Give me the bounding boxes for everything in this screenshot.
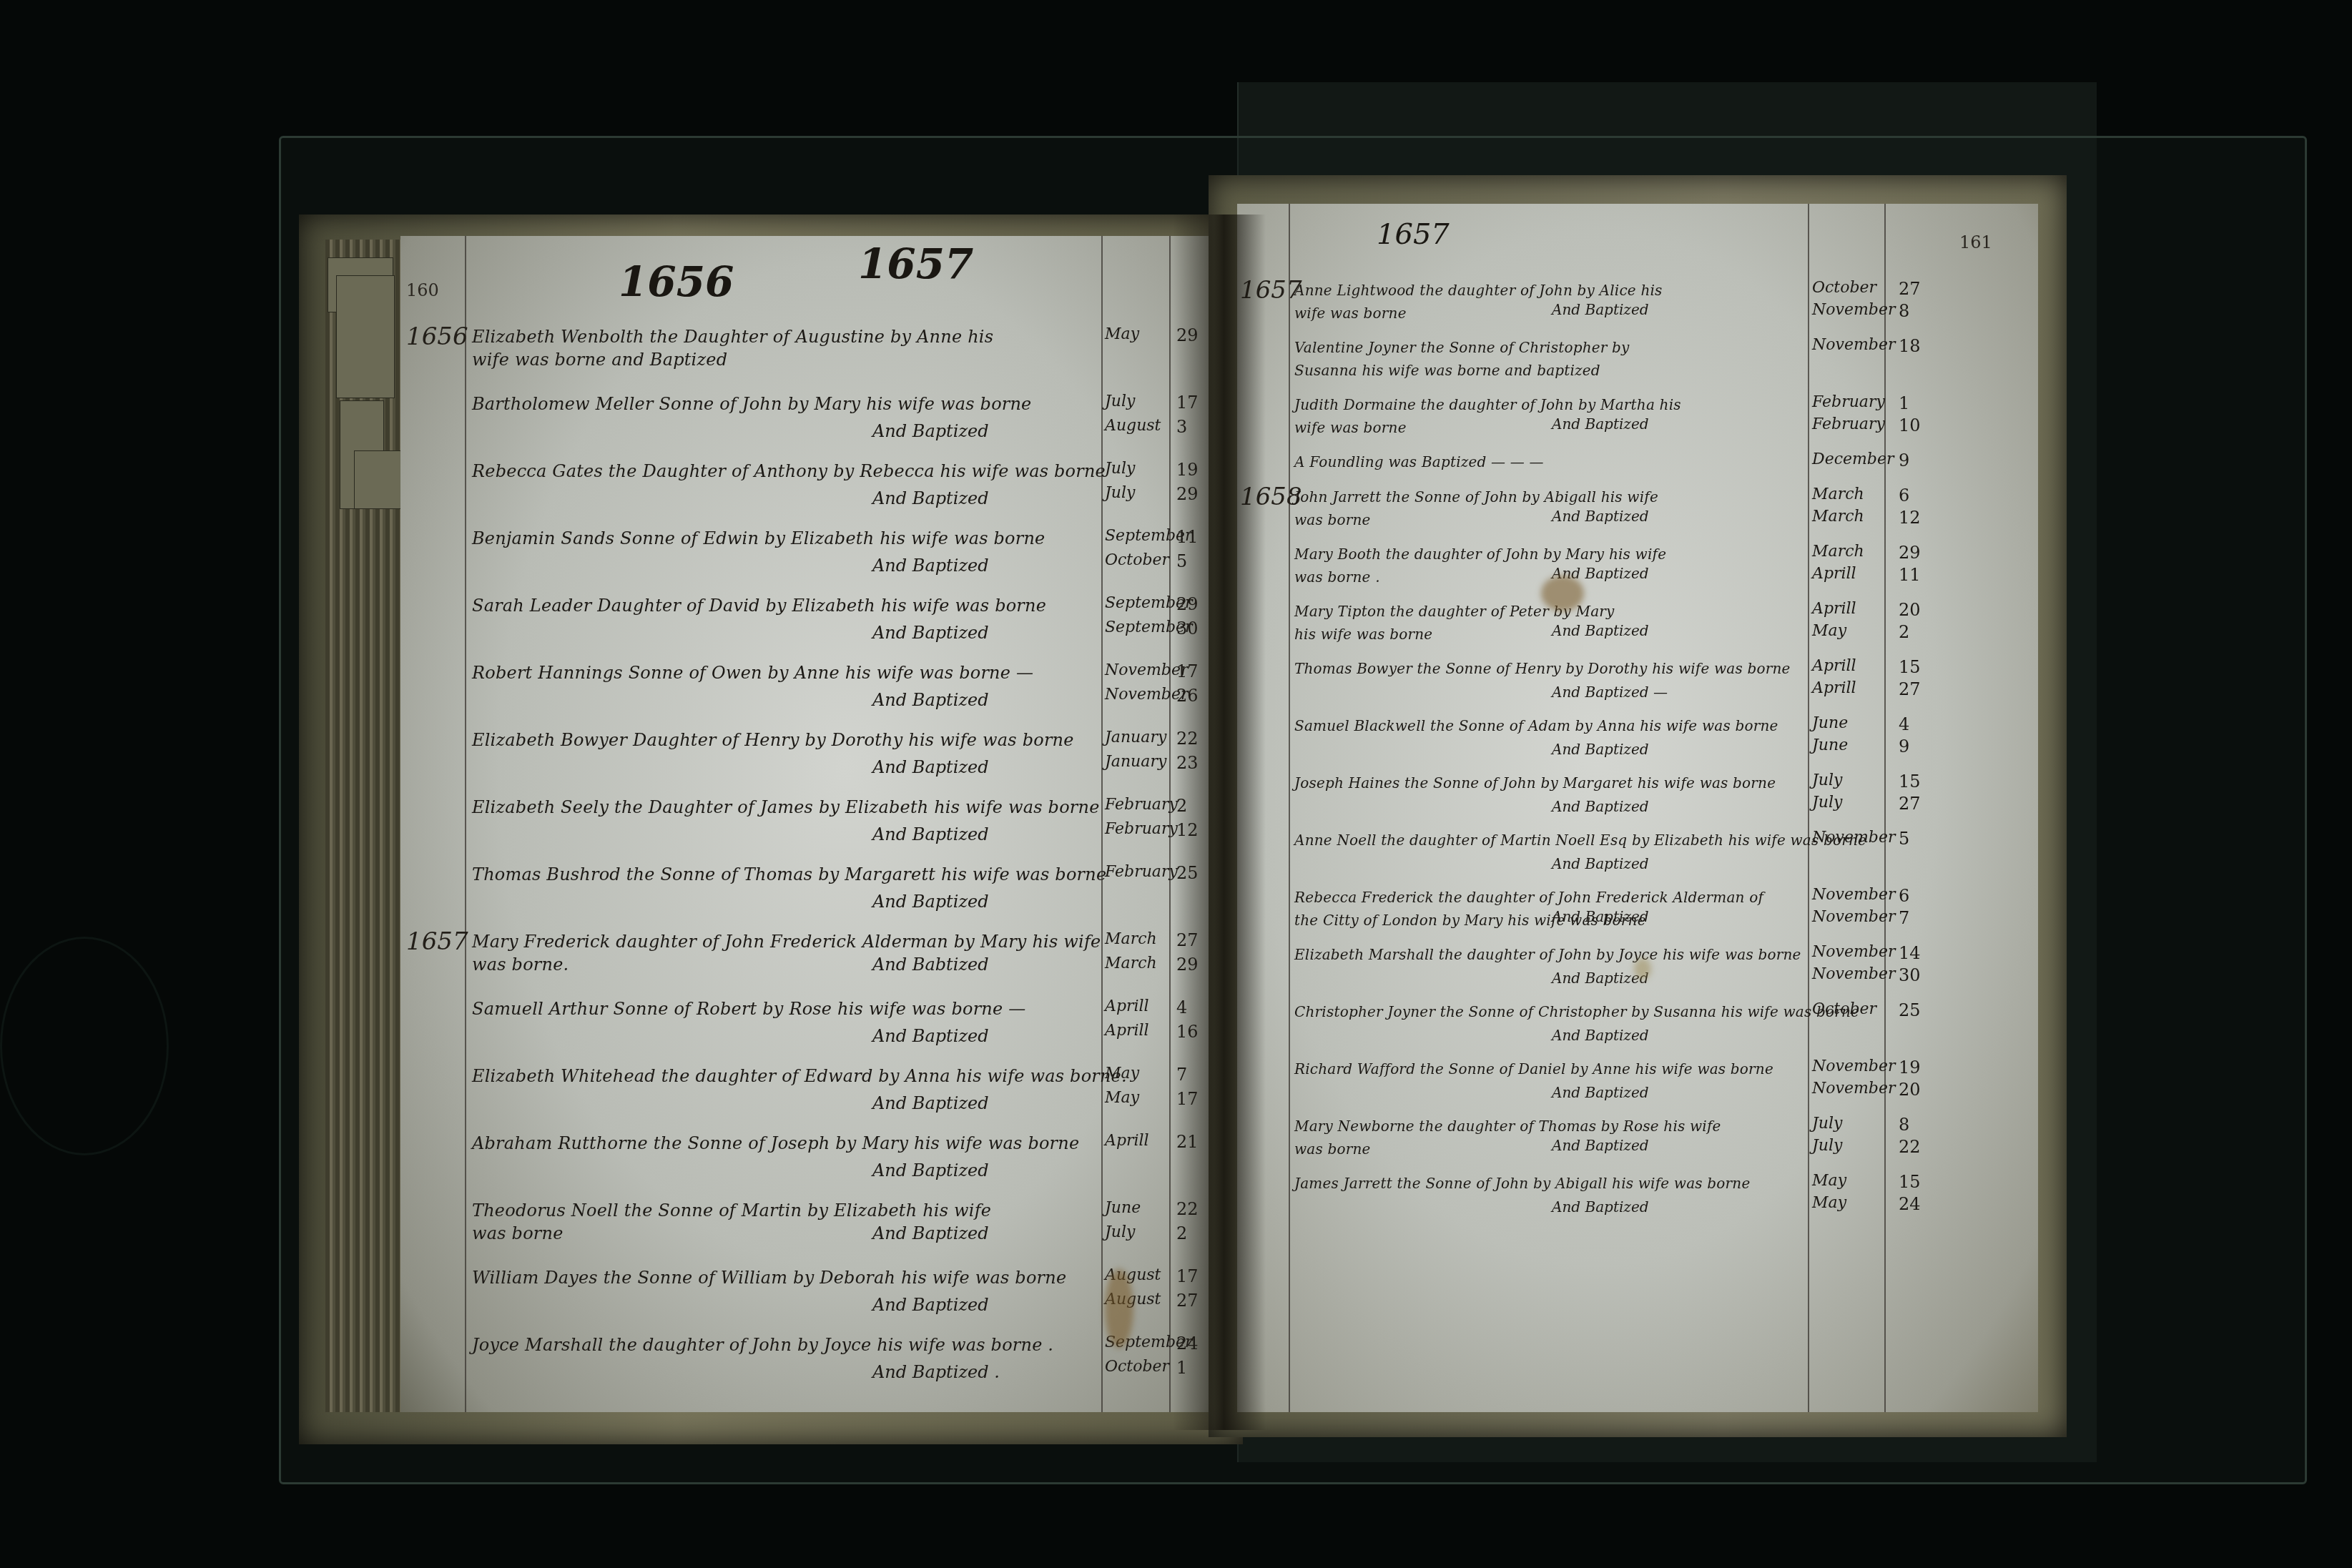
date-month: Aprill [1812, 657, 1856, 675]
date-day: 19 [1899, 1057, 1921, 1078]
date-month: October [1812, 1000, 1876, 1018]
date-day: 29 [1899, 543, 1921, 563]
margin-rule [465, 236, 466, 1412]
date-month: May [1812, 622, 1846, 640]
date-month: November [1812, 965, 1895, 983]
date-month: May [1812, 1172, 1846, 1190]
baptized-note: And Baptized . [872, 1362, 1000, 1382]
left-page: 160 1656 1657 1656Elizabeth Wenbolth the… [400, 236, 1209, 1412]
baptized-note: And Baptized [1552, 1027, 1649, 1044]
date-month: January [1105, 753, 1166, 771]
entry-text: Joseph Haines the Sonne of John by Marga… [1294, 771, 1802, 794]
date-month: July [1105, 1223, 1135, 1241]
entry-text: Thomas Bowyer the Sonne of Henry by Doro… [1294, 657, 1802, 680]
entry-text: Anne Noell the daughter of Martin Noell … [1294, 829, 1802, 852]
register-entry: Judith Dormaine the daughter of John by … [1294, 393, 1802, 439]
day-column-rule [1884, 204, 1886, 1412]
entry-text: William Dayes the Sonne of William by De… [472, 1266, 1094, 1289]
entry-text: Samuell Arthur Sonne of Robert by Rose h… [472, 997, 1094, 1020]
month-column-rule [1101, 236, 1103, 1412]
heading-year: 1656 [619, 257, 734, 306]
entry-text: A Foundling was Baptized — — — [1294, 450, 1802, 473]
date-day: 22 [1899, 1137, 1921, 1157]
baptized-note: And Baptized [872, 1093, 989, 1113]
baptized-note: And Baptized [872, 488, 989, 508]
date-month: November [1812, 829, 1895, 847]
entry-text: was borne [1294, 1138, 1802, 1160]
margin-year: 1656 [406, 322, 468, 351]
baptized-note: And Baptized [872, 421, 989, 441]
date-day: 15 [1899, 771, 1921, 792]
entry-text: Bartholomew Meller Sonne of John by Mary… [472, 393, 1094, 415]
register-entry: Anne Lightwood the daughter of John by A… [1294, 279, 1802, 325]
date-month: July [1812, 1137, 1842, 1155]
heading-year: 1657 [858, 240, 973, 288]
date-month: October [1105, 1358, 1169, 1376]
entry-text: Samuel Blackwell the Sonne of Adam by An… [1294, 714, 1802, 737]
baptized-note: And Baptized [1552, 415, 1649, 433]
register-entry: Mary Frederick daughter of John Frederic… [472, 930, 1094, 976]
register-entry: Valentine Joyner the Sonne of Christophe… [1294, 336, 1802, 382]
register-entry: Theodorus Noell the Sonne of Martin by E… [472, 1199, 1094, 1245]
entry-text: James Jarrett the Sonne of John by Abiga… [1294, 1172, 1802, 1195]
date-day: 27 [1899, 279, 1921, 299]
baptized-note: And Baptized [1552, 622, 1649, 639]
register-entry: James Jarrett the Sonne of John by Abiga… [1294, 1172, 1802, 1195]
entry-text: Rebecca Gates the Daughter of Anthony by… [472, 460, 1094, 483]
date-month: February [1105, 820, 1178, 838]
date-day: 15 [1899, 657, 1921, 677]
baptized-note: And Baptized [872, 824, 989, 844]
entry-text: Joyce Marshall the daughter of John by J… [472, 1333, 1094, 1356]
date-month: March [1812, 543, 1864, 561]
entry-text: Elizabeth Whitehead the daughter of Edwa… [472, 1065, 1094, 1088]
date-day: 6 [1899, 886, 1909, 906]
entry-text: Theodorus Noell the Sonne of Martin by E… [472, 1199, 1094, 1222]
baptized-note: And Baptized [872, 556, 989, 576]
date-month: November [1812, 336, 1895, 354]
register-entry: Anne Noell the daughter of Martin Noell … [1294, 829, 1802, 852]
suction-cup-mark [0, 937, 169, 1155]
register-entry: Elizabeth Whitehead the daughter of Edwa… [472, 1065, 1094, 1088]
date-month: November [1812, 1080, 1895, 1098]
date-month: December [1812, 450, 1894, 468]
date-day: 24 [1899, 1194, 1921, 1214]
date-day: 7 [1899, 908, 1909, 928]
entry-text: wife was borne [1294, 416, 1802, 439]
entry-text: wife was borne [1294, 302, 1802, 325]
date-month: February [1105, 863, 1178, 881]
date-month: November [1812, 908, 1895, 926]
ink-stain [1105, 1269, 1133, 1348]
baptized-note: And Baptized [872, 1223, 989, 1243]
baptized-note: And Baptized [1552, 1084, 1649, 1101]
page-tab [336, 275, 395, 398]
date-month: May [1812, 1194, 1846, 1212]
date-day: 25 [1899, 1000, 1921, 1020]
baptized-note: And Baptized [1552, 1137, 1649, 1154]
date-month: October [1812, 279, 1876, 297]
entry-text: Elizabeth Marshall the daughter of John … [1294, 943, 1802, 966]
date-month: November [1812, 943, 1895, 961]
register-entry: Abraham Rutthorne the Sonne of Joseph by… [472, 1132, 1094, 1155]
date-month: Aprill [1812, 565, 1856, 583]
right-page: 161 1657 1657Anne Lightwood the daughter… [1237, 204, 2038, 1412]
date-day: 4 [1899, 714, 1909, 734]
date-month: February [1812, 393, 1885, 411]
entry-text: Elizabeth Bowyer Daughter of Henry by Do… [472, 729, 1094, 751]
date-month: July [1812, 771, 1842, 789]
date-month: June [1812, 714, 1848, 732]
date-month: March [1105, 930, 1157, 948]
register-entry: Thomas Bushrod the Sonne of Thomas by Ma… [472, 863, 1094, 886]
entry-text: Anne Lightwood the daughter of John by A… [1294, 279, 1802, 302]
register-entry: Samuell Arthur Sonne of Robert by Rose h… [472, 997, 1094, 1020]
baptized-note: And Baptized [872, 757, 989, 777]
entry-text: Judith Dormaine the daughter of John by … [1294, 393, 1802, 416]
baptized-note: And Baptized [1552, 855, 1649, 872]
entry-text: Rebecca Frederick the daughter of John F… [1294, 886, 1802, 909]
register-entry: Joyce Marshall the daughter of John by J… [472, 1333, 1094, 1356]
entry-text: the Citty of London by Mary his wife was… [1294, 909, 1802, 932]
baptized-note: And Baptized [872, 892, 989, 912]
date-month: Aprill [1105, 1022, 1149, 1040]
register-entry: Bartholomew Meller Sonne of John by Mary… [472, 393, 1094, 415]
date-month: May [1105, 1065, 1139, 1083]
date-day: 1 [1899, 393, 1909, 413]
entry-text: was borne [472, 1222, 1094, 1245]
baptized-note: And Baptized [1552, 908, 1649, 925]
register-entry: Joseph Haines the Sonne of John by Marga… [1294, 771, 1802, 794]
entry-text: Mary Booth the daughter of John by Mary … [1294, 543, 1802, 566]
baptized-note: And Baptized [1552, 301, 1649, 318]
entry-text: Robert Hannings Sonne of Owen by Anne hi… [472, 661, 1094, 684]
entry-text: Sarah Leader Daughter of David by Elizab… [472, 594, 1094, 617]
entry-text: wife was borne and Baptized [472, 348, 1094, 371]
date-month: Aprill [1105, 1132, 1149, 1150]
register-entry: Elizabeth Seely the Daughter of James by… [472, 796, 1094, 819]
date-month: Aprill [1812, 600, 1856, 618]
entry-text: Mary Newborne the daughter of Thomas by … [1294, 1115, 1802, 1138]
date-day: 10 [1899, 415, 1921, 435]
baptized-note: And Baptized [872, 1160, 989, 1180]
date-month: November [1812, 1057, 1895, 1075]
date-day: 27 [1899, 679, 1921, 699]
date-month: Aprill [1105, 997, 1149, 1015]
register-entry: William Dayes the Sonne of William by De… [472, 1266, 1094, 1289]
date-day: 9 [1899, 736, 1909, 756]
baptized-note: And Baptized [1552, 798, 1649, 815]
folio-number: 160 [406, 280, 439, 300]
register-entry: Rebecca Gates the Daughter of Anthony by… [472, 460, 1094, 483]
entry-text: Richard Wafford the Sonne of Daniel by A… [1294, 1057, 1802, 1080]
baptized-note: And Baptized [872, 1295, 989, 1315]
date-month: July [1105, 393, 1135, 410]
date-day: 20 [1899, 600, 1921, 620]
entry-text: John Jarrett the Sonne of John by Abigal… [1294, 485, 1802, 508]
date-month: July [1105, 484, 1135, 502]
date-month: March [1812, 485, 1864, 503]
date-month: May [1105, 325, 1139, 343]
foxing-stain [1541, 576, 1584, 611]
date-month: February [1105, 796, 1178, 814]
register-entry: Mary Newborne the daughter of Thomas by … [1294, 1115, 1802, 1160]
register-entry: Elizabeth Bowyer Daughter of Henry by Do… [472, 729, 1094, 751]
entry-text: Elizabeth Seely the Daughter of James by… [472, 796, 1094, 819]
date-day: 30 [1899, 965, 1921, 985]
date-month: June [1105, 1199, 1141, 1217]
date-month: July [1812, 794, 1842, 812]
date-month: August [1105, 417, 1161, 435]
date-month: January [1105, 729, 1166, 746]
date-day: 6 [1899, 485, 1909, 506]
baptized-note: And Baptized [1552, 508, 1649, 525]
register-entry: Elizabeth Marshall the daughter of John … [1294, 943, 1802, 966]
date-day: 20 [1899, 1080, 1921, 1100]
date-month: November [1812, 301, 1895, 319]
entry-text: his wife was borne [1294, 623, 1802, 646]
date-day: 5 [1899, 829, 1909, 849]
baptized-note: And Baptized — [1552, 684, 1668, 701]
date-day: 9 [1899, 450, 1909, 470]
baptized-note: And Baptized [872, 690, 989, 710]
entry-text: Mary Frederick daughter of John Frederic… [472, 930, 1094, 953]
register-entry: Thomas Bowyer the Sonne of Henry by Doro… [1294, 657, 1802, 680]
page-tab [354, 450, 405, 509]
entry-text: Christopher Joyner the Sonne of Christop… [1294, 1000, 1802, 1023]
baptized-note: And Baptized [1552, 741, 1649, 758]
date-day: 27 [1899, 794, 1921, 814]
foxing-stain [1634, 958, 1651, 980]
folio-number: 161 [1959, 232, 1992, 252]
date-day: 18 [1899, 336, 1921, 356]
month-column-rule [1808, 204, 1809, 1412]
entry-text: Thomas Bushrod the Sonne of Thomas by Ma… [472, 863, 1094, 886]
date-month: May [1105, 1089, 1139, 1107]
date-month: Aprill [1812, 679, 1856, 697]
date-month: June [1812, 736, 1848, 754]
date-day: 15 [1899, 1172, 1921, 1192]
date-month: July [1105, 460, 1135, 478]
entry-text: Benjamin Sands Sonne of Edwin by Elizabe… [472, 527, 1094, 550]
register-entry: Richard Wafford the Sonne of Daniel by A… [1294, 1057, 1802, 1080]
register-entry: Sarah Leader Daughter of David by Elizab… [472, 594, 1094, 617]
date-month: March [1812, 508, 1864, 526]
date-day: 12 [1899, 508, 1921, 528]
entry-text: Susanna his wife was borne and baptized [1294, 359, 1802, 382]
margin-year: 1657 [406, 927, 468, 956]
register-entry: John Jarrett the Sonne of John by Abigal… [1294, 485, 1802, 531]
date-month: March [1105, 955, 1157, 972]
date-month: November [1812, 886, 1895, 904]
date-month: February [1812, 415, 1885, 433]
entry-text: Valentine Joyner the Sonne of Christophe… [1294, 336, 1802, 359]
date-month: October [1105, 551, 1169, 569]
date-day: 14 [1899, 943, 1921, 963]
entry-text: Abraham Rutthorne the Sonne of Joseph by… [472, 1132, 1094, 1155]
register-entry: A Foundling was Baptized — — — [1294, 450, 1802, 473]
date-day: 11 [1899, 565, 1921, 585]
register-entry: Elizabeth Wenbolth the Daughter of Augus… [472, 325, 1094, 371]
baptized-note: And Baptized [1552, 1198, 1649, 1216]
baptized-note: And Baptized [872, 623, 989, 643]
register-entry: Christopher Joyner the Sonne of Christop… [1294, 1000, 1802, 1023]
register-entry: Samuel Blackwell the Sonne of Adam by An… [1294, 714, 1802, 737]
register-entry: Benjamin Sands Sonne of Edwin by Elizabe… [472, 527, 1094, 550]
book-gutter [1173, 215, 1266, 1430]
date-day: 8 [1899, 1115, 1909, 1135]
entry-text: Elizabeth Wenbolth the Daughter of Augus… [472, 325, 1094, 348]
date-day: 2 [1899, 622, 1909, 642]
margin-rule [1289, 204, 1290, 1412]
entry-text: was borne [1294, 508, 1802, 531]
heading-year: 1657 [1377, 218, 1450, 251]
baptized-note: And Baptized [872, 1026, 989, 1046]
baptized-note: And Babtized [872, 955, 989, 975]
entry-text: was borne. [472, 953, 1094, 976]
date-day: 8 [1899, 301, 1909, 321]
register-entry: Robert Hannings Sonne of Owen by Anne hi… [472, 661, 1094, 684]
date-month: July [1812, 1115, 1842, 1133]
register-entry: Rebecca Frederick the daughter of John F… [1294, 886, 1802, 932]
